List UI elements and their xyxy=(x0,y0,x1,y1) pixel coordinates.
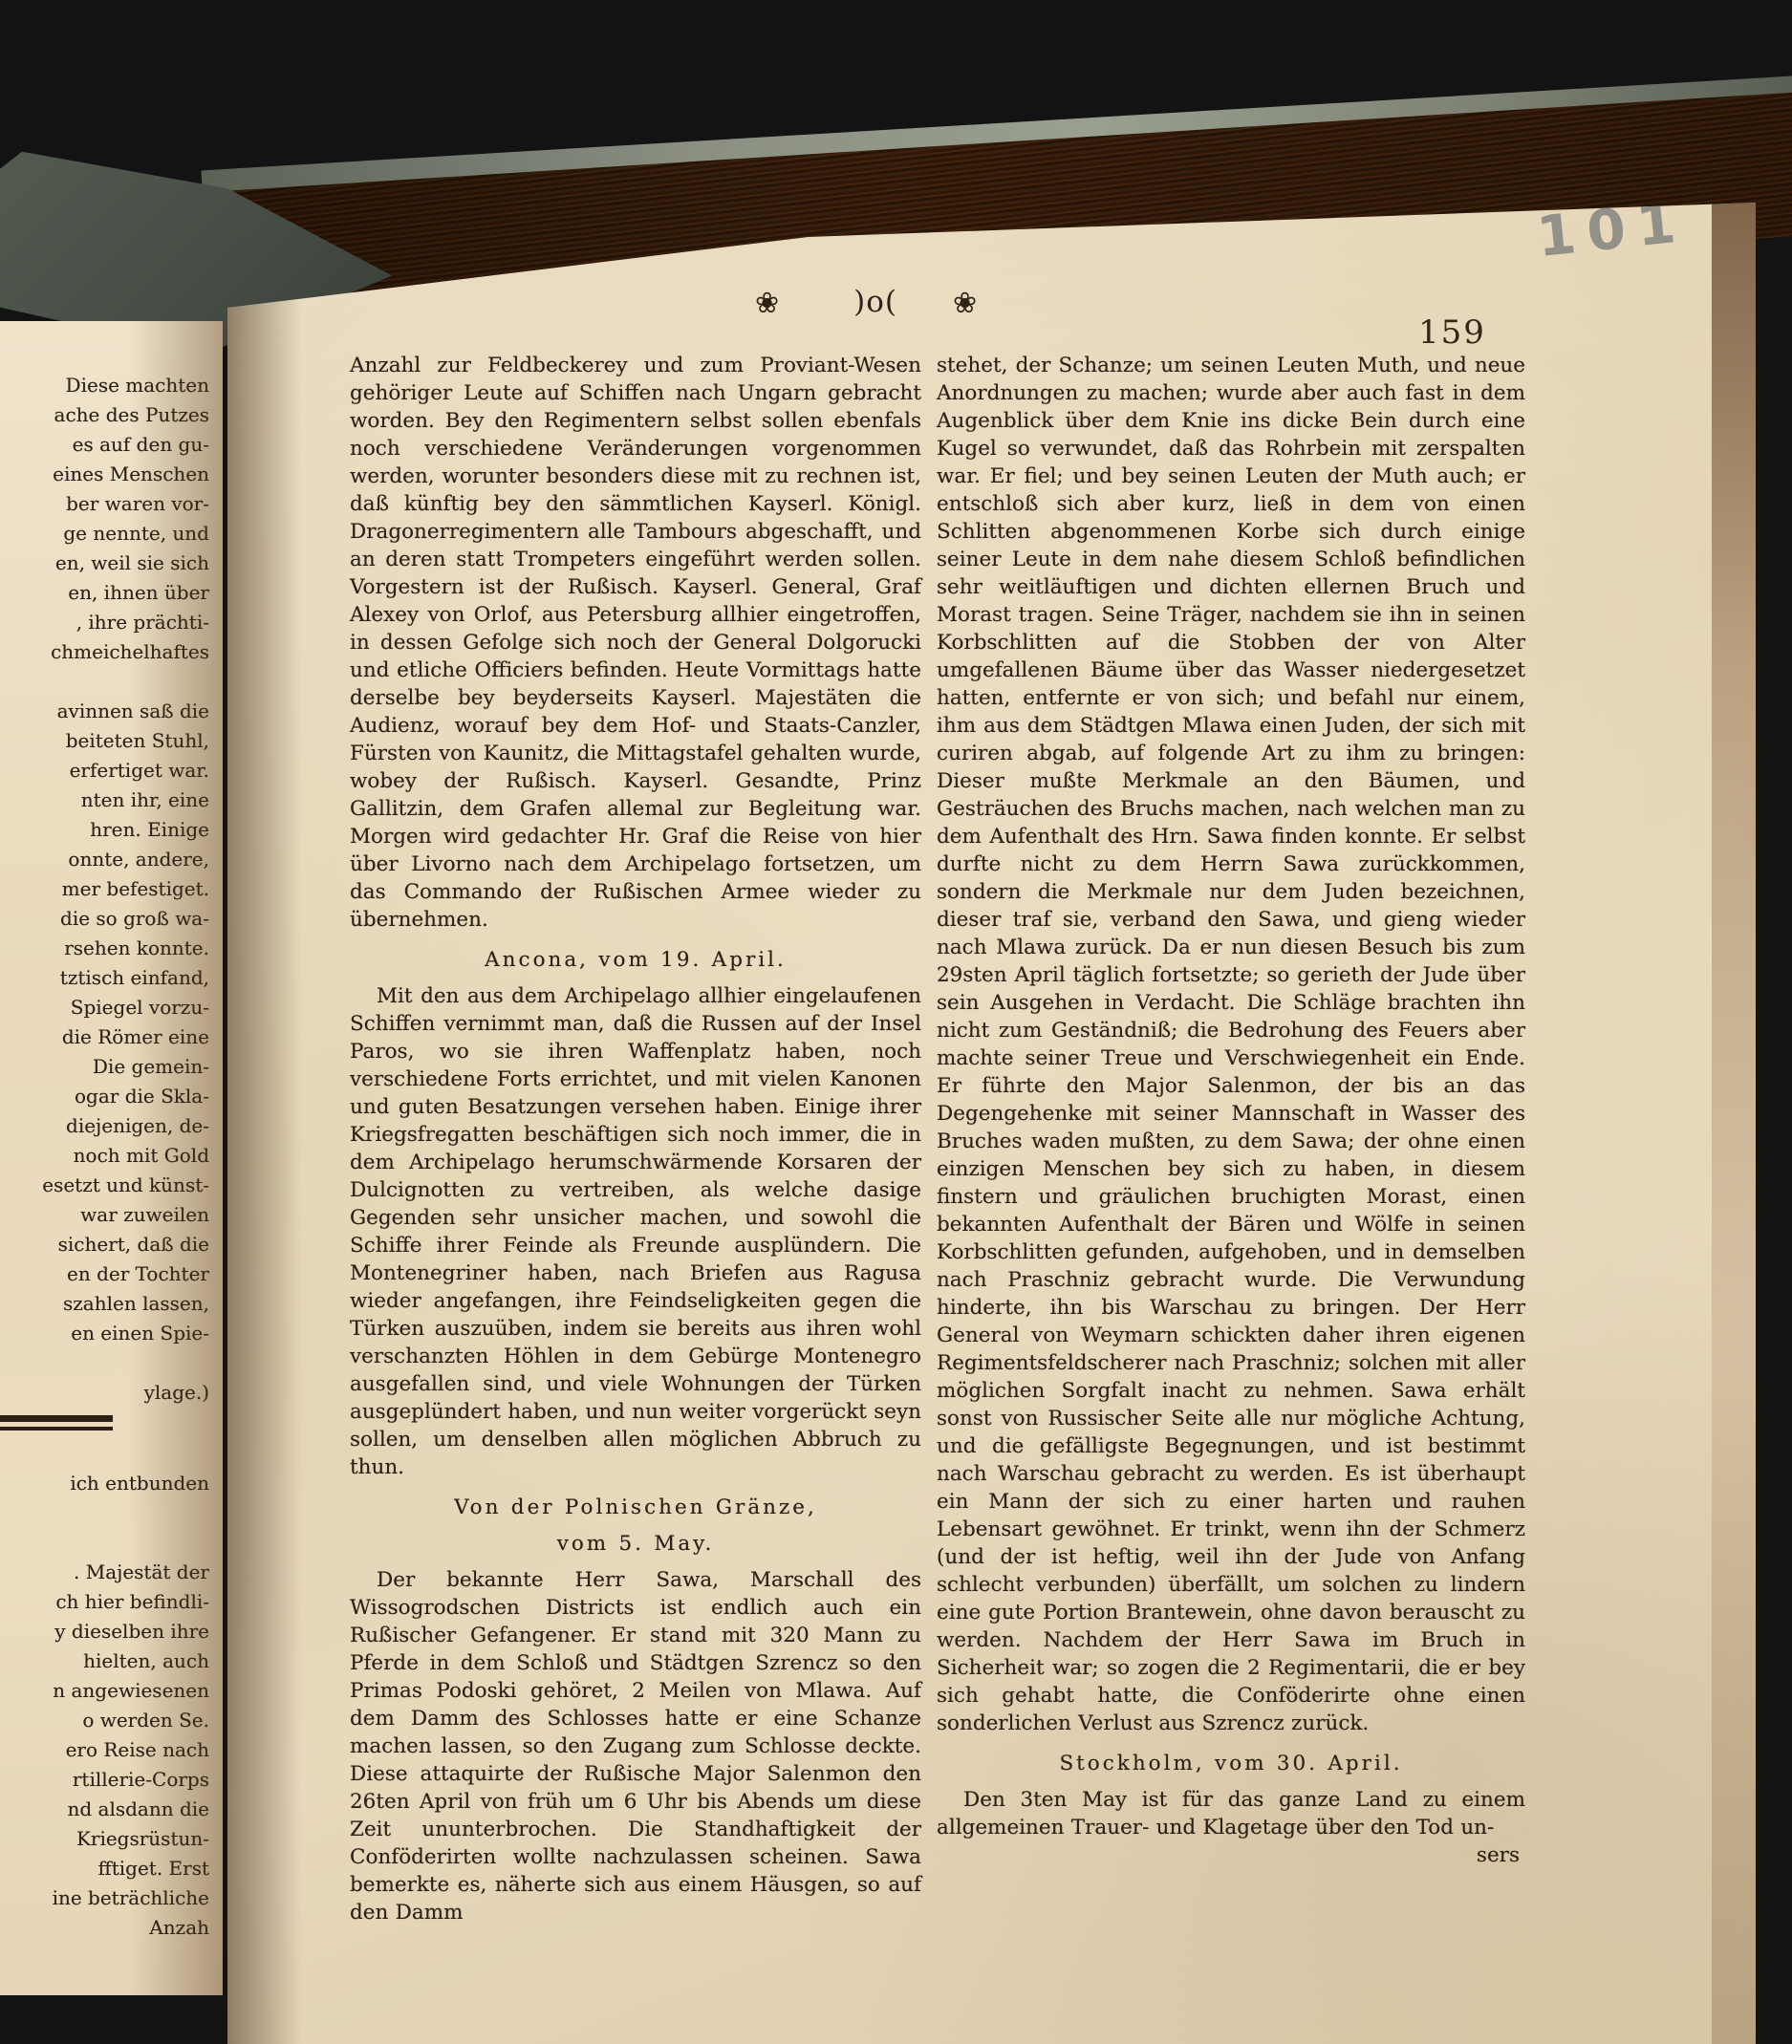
article-heading-polnische-graenze: Von der Polnischen Gränze, xyxy=(350,1494,921,1521)
main-page: 101 ❀ )o( ❀ 159 Anzahl zur Feldbeckerey … xyxy=(227,134,1756,2044)
gutter-shadow xyxy=(227,134,302,2044)
page-number: 159 xyxy=(1418,313,1486,352)
header-divider: )o( xyxy=(779,285,953,319)
article-heading-ancona: Ancona, vom 19. April. xyxy=(350,946,921,974)
paragraph-ancona: Mit den aus dem Archipelago allhier eing… xyxy=(350,982,921,1481)
text-columns: Anzahl zur Feldbeckerey und zum Proviant… xyxy=(350,352,1525,1926)
previous-page-fragment: Diese machtenache des Putzeses auf den g… xyxy=(0,321,223,1995)
paragraph-polnische-continued: stehet, der Schanze; um seinen Leuten Mu… xyxy=(937,352,1525,1737)
book-scan: Diese machtenache des Putzeses auf den g… xyxy=(0,0,1792,2044)
article-heading-polnische-date: vom 5. May. xyxy=(350,1530,921,1558)
gutter-shade-left xyxy=(0,321,223,1995)
column-left: Anzahl zur Feldbeckerey und zum Proviant… xyxy=(350,352,921,1926)
running-head: ❀ )o( ❀ xyxy=(755,285,977,323)
catchword: sers xyxy=(937,1841,1525,1869)
paragraph-stockholm: Den 3ten May ist für das ganze Land zu e… xyxy=(937,1786,1525,1841)
paragraph-polnische-graenze: Der bekannte Herr Sawa, Marschall des Wi… xyxy=(350,1566,921,1926)
article-heading-stockholm: Stockholm, vom 30. April. xyxy=(937,1750,1525,1777)
fleuron-icon: ❀ xyxy=(953,290,977,318)
column-right: stehet, der Schanze; um seinen Leuten Mu… xyxy=(937,352,1525,1926)
fleuron-icon: ❀ xyxy=(755,290,779,318)
paragraph-wien-continued: Anzahl zur Feldbeckerey und zum Proviant… xyxy=(350,352,921,934)
fore-edge xyxy=(1712,134,1756,2044)
